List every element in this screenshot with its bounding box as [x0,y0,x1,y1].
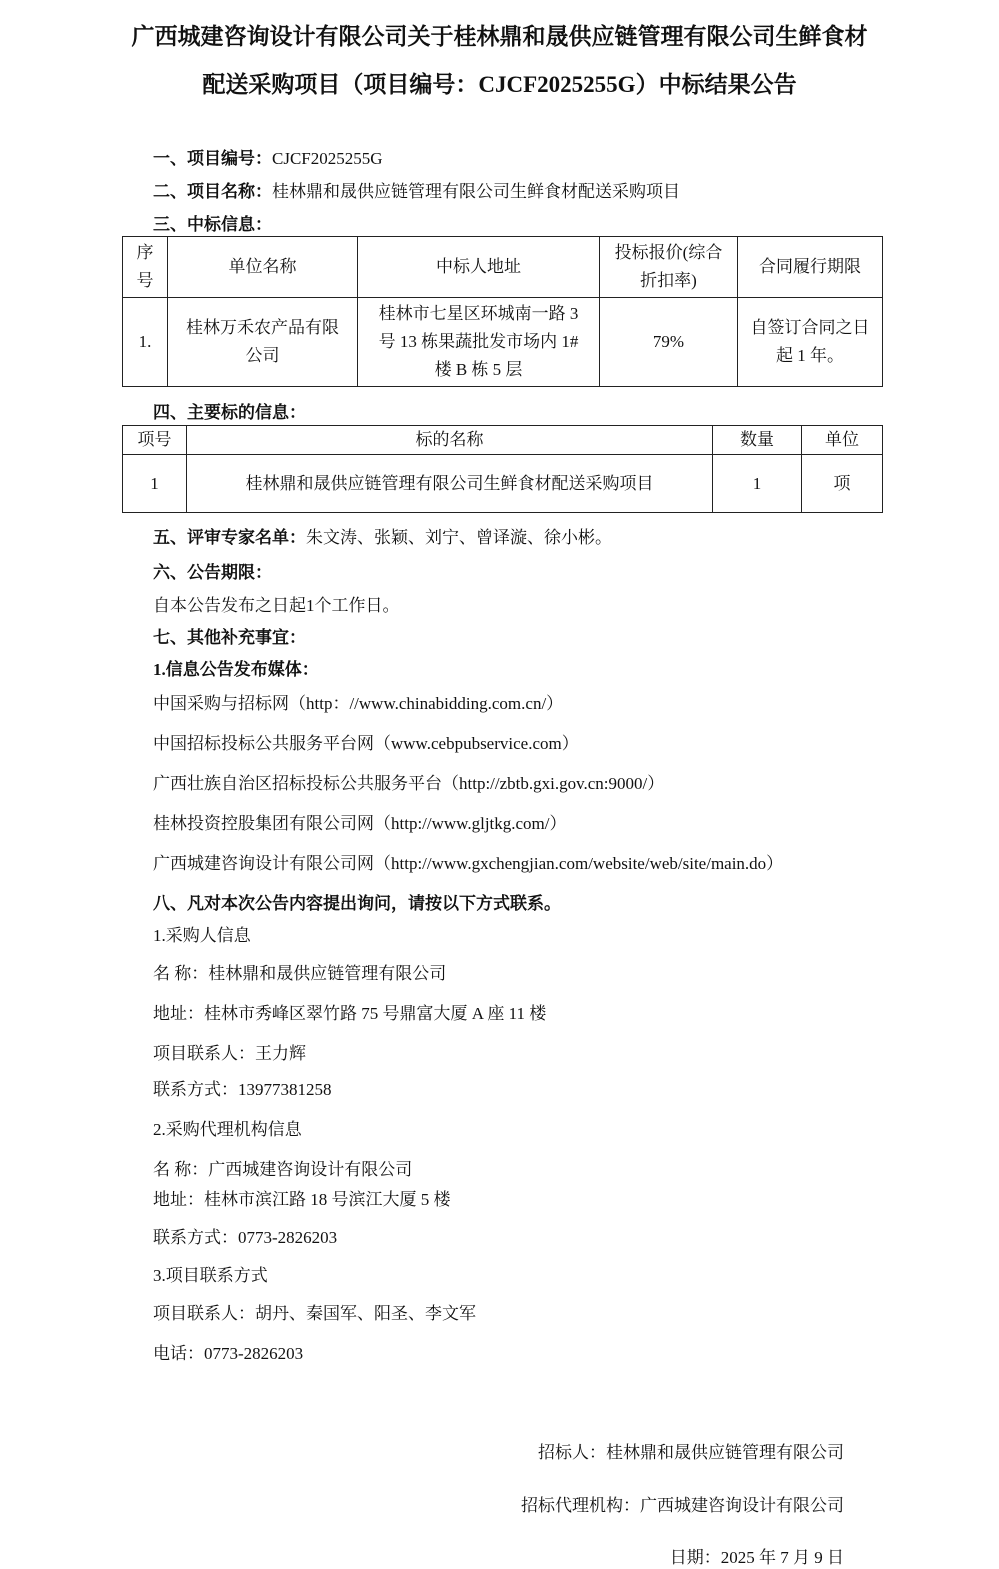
media-item-5: 广西城建咨询设计有限公司网（http://www.gxchengjian.com… [122,853,882,875]
document-footer: 招标人：桂林鼎和晟供应链管理有限公司 招标代理机构：广西城建咨询设计有限公司 日… [122,1442,882,1569]
document-title: 广西城建咨询设计有限公司关于桂林鼎和晟供应链管理有限公司生鲜食材 配送采购项目（… [0,0,999,109]
buyer-address: 地址：桂林市秀峰区翠竹路 75 号鼎富大厦 A 座 11 楼 [122,1003,882,1025]
agent-address: 地址：桂林市滨江路 18 号滨江大厦 5 楼 [122,1189,882,1211]
cell-contract-term: 自签订合同之日 起 1 年。 [738,298,883,387]
cell-subject-name: 桂林鼎和晟供应链管理有限公司生鲜食材配送采购项目 [187,455,713,513]
cell-quantity: 1 [713,455,802,513]
project-name-value: 桂林鼎和晟供应链管理有限公司生鲜食材配送采购项目 [272,182,680,201]
header-item-number: 项号 [123,426,187,455]
award-info-table: 序 号 单位名称 中标人地址 投标报价(综合 折扣率) 合同履行期限 1. 桂林… [122,236,883,387]
section-award-info-heading: 三、中标信息： [122,214,882,236]
media-item-2: 中国招标投标公共服务平台网（www.cebpubservice.com） [122,733,882,755]
header-quantity: 数量 [713,426,802,455]
document-body: 一、项目编号：CJCF2025255G 二、项目名称：桂林鼎和晟供应链管理有限公… [122,148,882,1569]
section-subject-info-heading: 四、主要标的信息： [122,402,882,424]
agent-phone: 联系方式：0773-2826203 [122,1227,882,1249]
section-notice-period-heading: 六、公告期限： [122,562,882,584]
project-contact-phone: 电话：0773-2826203 [122,1343,882,1365]
cell-bid-price: 79% [600,298,738,387]
agent-name: 名 称：广西城建咨询设计有限公司 [122,1159,882,1181]
announcement-document: 广西城建咨询设计有限公司关于桂林鼎和晟供应链管理有限公司生鲜食材 配送采购项目（… [0,0,999,1569]
media-item-4: 桂林投资控股集团有限公司网（http://www.gljtkg.com/） [122,813,882,835]
cell-unit: 项 [802,455,883,513]
subject-table-header-row: 项号 标的名称 数量 单位 [123,426,883,455]
cell-company-name: 桂林万禾农产品有限 公司 [168,298,358,387]
footer-agency: 招标代理机构：广西城建咨询设计有限公司 [122,1495,844,1517]
header-subject-name: 标的名称 [187,426,713,455]
experts-value: 朱文涛、张颖、刘宁、曾译漩、徐小彬。 [306,528,612,547]
media-heading: 1.信息公告发布媒体： [122,659,882,681]
buyer-name: 名 称：桂林鼎和晟供应链管理有限公司 [122,963,882,985]
cell-item-number: 1 [123,455,187,513]
header-company-name: 单位名称 [168,237,358,298]
buyer-phone: 联系方式：13977381258 [122,1079,882,1101]
media-item-1: 中国采购与招标网（http：//www.chinabidding.com.cn/… [122,693,882,715]
section-project-name: 二、项目名称：桂林鼎和晟供应链管理有限公司生鲜食材配送采购项目 [122,181,882,203]
experts-label: 五、评审专家名单： [153,528,306,547]
title-line-1: 广西城建咨询设计有限公司关于桂林鼎和晟供应链管理有限公司生鲜食材 [0,13,999,61]
notice-period-text: 自本公告发布之日起1个工作日。 [122,595,882,617]
media-item-3: 广西壮族自治区招标投标公共服务平台（http://zbtb.gxi.gov.cn… [122,773,882,795]
award-table-header-row: 序 号 单位名称 中标人地址 投标报价(综合 折扣率) 合同履行期限 [123,237,883,298]
section-experts: 五、评审专家名单：朱文涛、张颖、刘宁、曾译漩、徐小彬。 [122,527,882,549]
header-winner-address: 中标人地址 [358,237,600,298]
buyer-heading: 1.采购人信息 [122,925,882,947]
section-contact-heading: 八、凡对本次公告内容提出询问，请按以下方式联系。 [122,893,882,915]
header-contract-term: 合同履行期限 [738,237,883,298]
header-serial-number: 序 号 [123,237,168,298]
footer-tenderer: 招标人：桂林鼎和晟供应链管理有限公司 [122,1442,844,1464]
footer-date: 日期：2025 年 7 月 9 日 [122,1547,844,1569]
project-name-label: 二、项目名称： [153,182,272,201]
cell-serial-number: 1. [123,298,168,387]
buyer-contact-person: 项目联系人：王力辉 [122,1043,882,1065]
project-contact-persons: 项目联系人：胡丹、秦国军、阳圣、李文军 [122,1303,882,1325]
cell-winner-address: 桂林市七星区环城南一路 3 号 13 栋果蔬批发市场内 1# 楼 B 栋 5 层 [358,298,600,387]
section-other-heading: 七、其他补充事宜： [122,627,882,649]
header-unit: 单位 [802,426,883,455]
header-bid-price: 投标报价(综合 折扣率) [600,237,738,298]
award-table-row: 1. 桂林万禾农产品有限 公司 桂林市七星区环城南一路 3 号 13 栋果蔬批发… [123,298,883,387]
section-project-number: 一、项目编号：CJCF2025255G [122,148,882,170]
project-number-label: 一、项目编号： [153,149,272,168]
title-line-2: 配送采购项目（项目编号：CJCF2025255G）中标结果公告 [0,61,999,109]
project-contact-heading: 3.项目联系方式 [122,1265,882,1287]
agent-heading: 2.采购代理机构信息 [122,1119,882,1141]
subject-table-row: 1 桂林鼎和晟供应链管理有限公司生鲜食材配送采购项目 1 项 [123,455,883,513]
subject-info-table: 项号 标的名称 数量 单位 1 桂林鼎和晟供应链管理有限公司生鲜食材配送采购项目… [122,425,883,513]
project-number-value: CJCF2025255G [272,149,383,168]
